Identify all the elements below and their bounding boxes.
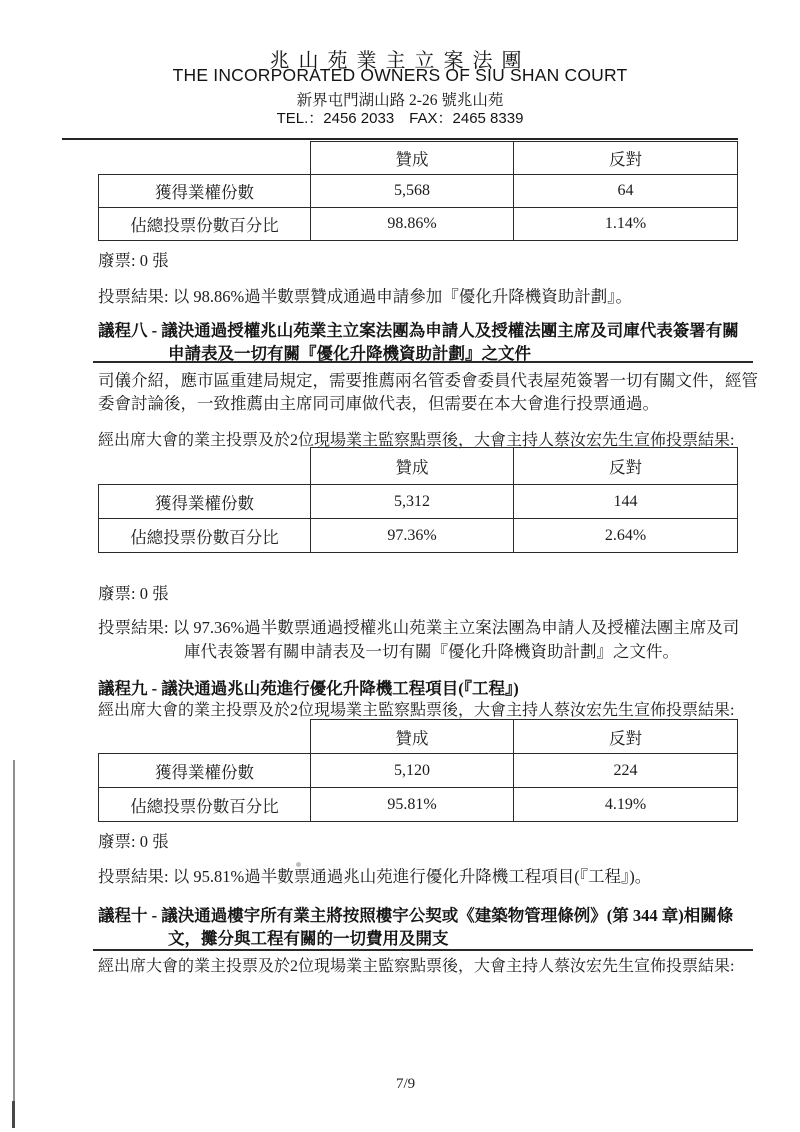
row-label: 佔總投票份數百分比 [99,788,311,822]
announce-line-2: 經出席大會的業主投票及於2位現場業主監察點票後，大會主持人蔡汝宏先生宣佈投票結果… [98,700,734,721]
row-label: 獲得業權份數 [99,485,311,519]
table-row-percentage: 佔總投票份數百分比 95.81% 4.19% [99,788,738,822]
table-corner-blank [99,142,311,175]
agenda10-label: 議程十 - [98,906,161,925]
agenda8-title: 議決通過授權兆山苑業主立案法團為申請人及授權法團主席及司庫代表簽署有關 [161,321,739,340]
agree-value: 98.86% [311,208,514,241]
table-row-shares: 獲得業權份數 5,120 224 [99,754,738,788]
invalid-votes-note-2: 廢票: 0 張 [98,583,169,604]
agree-value: 5,120 [311,754,514,788]
col-header-oppose: 反對 [514,720,738,754]
oppose-value: 4.19% [514,788,738,822]
col-header-agree: 贊成 [311,448,514,485]
oppose-value: 2.64% [514,519,738,553]
heading-underline [93,949,753,951]
scan-speckle [296,862,301,867]
agenda9-title: 議決通過兆山苑進行優化升降機工程項目(『工程』) [161,679,519,698]
oppose-value: 224 [514,754,738,788]
vote-result-2-line2: 庫代表簽署有關申請表及一切有關『優化升降機資助計劃』之文件。 [184,641,679,662]
agenda8-label: 議程八 - [98,321,161,340]
row-label: 獲得業權份數 [99,175,311,208]
row-label: 獲得業權份數 [99,754,311,788]
agree-value: 5,568 [311,175,514,208]
agree-value: 5,312 [311,485,514,519]
agenda8-body-line2: 委會討論後，一致推薦由主席同司庫做代表，但需要在本大會進行投票通過。 [98,393,659,414]
page-number: 7/9 [396,1076,415,1093]
table-corner-blank [99,720,311,754]
announce-line-3: 經出席大會的業主投票及於2位現場業主監察點票後，大會主持人蔡汝宏先生宣佈投票結果… [98,956,734,977]
table-row-percentage: 佔總投票份數百分比 97.36% 2.64% [99,519,738,553]
col-header-oppose: 反對 [514,448,738,485]
letterhead-contact: TEL.：2456 2033 FAX：2465 8339 [0,107,800,128]
vote-table-2: 贊成 反對 獲得業權份數 5,312 144 佔總投票份數百分比 97.36% … [98,447,738,553]
agenda8-heading-line1: 議程八 - 議決通過授權兆山苑業主立案法團為申請人及授權法團主席及司庫代表簽署有… [98,320,739,341]
table-row-shares: 獲得業權份數 5,568 64 [99,175,738,208]
agenda10-heading-line2: 文，攤分與工程有關的一切費用及開支 [168,928,449,949]
table-header-row: 贊成 反對 [99,142,738,175]
scan-artifact-line-dark [12,1101,15,1128]
vote-result-3: 投票結果: 以 95.81%過半數票通過兆山苑進行優化升降機工程項目(『工程』)… [98,866,651,887]
vote-table-1: 贊成 反對 獲得業權份數 5,568 64 佔總投票份數百分比 98.86% 1… [98,141,738,241]
letterhead-title-en: THE INCORPORATED OWNERS OF SIU SHAN COUR… [0,65,800,86]
table-header-row: 贊成 反對 [99,720,738,754]
heading-underline [93,361,753,363]
invalid-votes-note-3: 廢票: 0 張 [98,831,169,852]
oppose-value: 64 [514,175,738,208]
agenda9-label: 議程九 - [98,679,161,698]
table-header-row: 贊成 反對 [99,448,738,485]
agenda10-title: 議決通過樓宇所有業主將按照樓宇公契或《建築物管理條例》(第 344 章)相關條 [161,906,733,925]
col-header-agree: 贊成 [311,142,514,175]
agenda10-heading-line1: 議程十 - 議決通過樓宇所有業主將按照樓宇公契或《建築物管理條例》(第 344 … [98,905,733,926]
col-header-oppose: 反對 [514,142,738,175]
table-row-shares: 獲得業權份數 5,312 144 [99,485,738,519]
table-row-percentage: 佔總投票份數百分比 98.86% 1.14% [99,208,738,241]
oppose-value: 1.14% [514,208,738,241]
table-corner-blank [99,448,311,485]
agenda8-body-line1: 司儀介紹，應市區重建局規定，需要推薦兩名管委會委員代表屋苑簽署一切有關文件，經管 [98,370,758,391]
oppose-value: 144 [514,485,738,519]
vote-result-2-line1: 投票結果: 以 97.36%過半數票通過授權兆山苑業主立案法團為申請人及授權法團… [98,617,739,638]
vote-table-3: 贊成 反對 獲得業權份數 5,120 224 佔總投票份數百分比 95.81% … [98,719,738,822]
vote-result-1: 投票結果: 以 98.86%過半數票贊成通過申請參加『優化升降機資助計劃』。 [98,286,632,307]
scan-artifact-line [13,760,15,1105]
agree-value: 95.81% [311,788,514,822]
row-label: 佔總投票份數百分比 [99,519,311,553]
row-label: 佔總投票份數百分比 [99,208,311,241]
agenda9-heading: 議程九 - 議決通過兆山苑進行優化升降機工程項目(『工程』) [98,678,519,699]
invalid-votes-note-1: 廢票: 0 張 [98,250,169,271]
col-header-agree: 贊成 [311,720,514,754]
agree-value: 97.36% [311,519,514,553]
